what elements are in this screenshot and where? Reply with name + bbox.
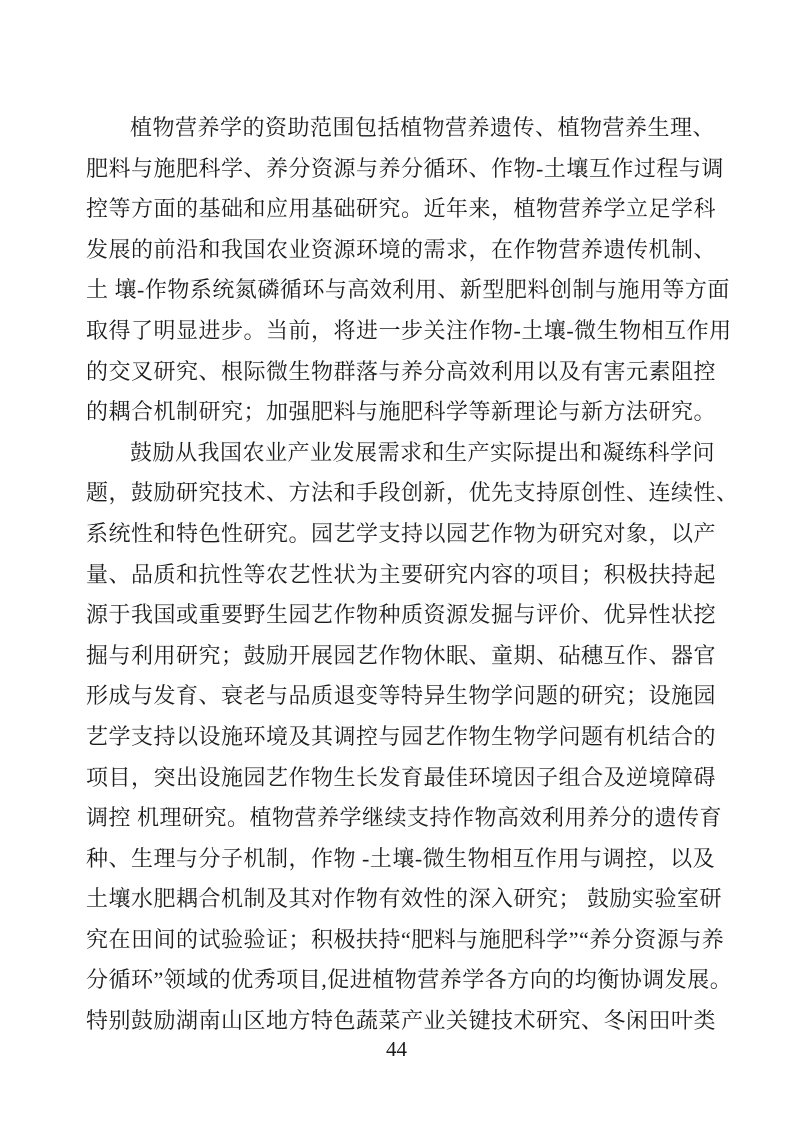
text-line: 植物营养学的资助范围包括植物营养遗传、植物营养生理、 [86, 108, 710, 149]
text-line: 形成与发育、衰老与品质退变等特异生物学问题的研究；设施园 [86, 676, 710, 717]
text-line: 的耦合机制研究；加强肥料与施肥科学等新理论与新方法研究。 [86, 392, 710, 433]
text-line: 鼓励从我国农业产业发展需求和生产实际提出和凝练科学问 [86, 433, 710, 474]
text-line: 项目，突出设施园艺作物生长发育最佳环境因子组合及逆境障碍 [86, 758, 710, 799]
text-line: 分循环”领域的优秀项目,促进植物营养学各方向的均衡协调发展。 [86, 960, 710, 1001]
text-line: 艺学支持以设施环境及其调控与园艺作物生物学问题有机结合的 [86, 717, 710, 758]
paragraph-encouraged-research: 鼓励从我国农业产业发展需求和生产实际提出和凝练科学问 题，鼓励研究技术、方法和手… [86, 433, 710, 1042]
text-line: 系统性和特色性研究。园艺学支持以园艺作物为研究对象，以产 [86, 514, 710, 555]
page-number: 44 [0, 1036, 793, 1062]
text-line: 控等方面的基础和应用基础研究。近年来，植物营养学立足学科 [86, 189, 710, 230]
text-line: 种、生理与分子机制，作物 -土壤-微生物相互作用与调控，以及 [86, 839, 710, 880]
text-line: 究在田间的试验验证；积极扶持“肥料与施肥科学”“养分资源与养 [86, 920, 710, 961]
text-line: 调控 机理研究。植物营养学继续支持作物高效利用养分的遗传育 [86, 798, 710, 839]
document-page: 植物营养学的资助范围包括植物营养遗传、植物营养生理、 肥料与施肥科学、养分资源与… [0, 0, 793, 1122]
text-line: 题，鼓励研究技术、方法和手段创新，优先支持原创性、连续性、 [86, 473, 710, 514]
text-line: 量、品质和抗性等农艺性状为主要研究内容的项目；积极扶持起 [86, 555, 710, 596]
paragraph-funding-scope: 植物营养学的资助范围包括植物营养遗传、植物营养生理、 肥料与施肥科学、养分资源与… [86, 108, 710, 433]
text-line: 发展的前沿和我国农业资源环境的需求，在作物营养遗传机制、 [86, 230, 710, 271]
text-line: 取得了明显进步。当前，将进一步关注作物-土壤-微生物相互作用 [86, 311, 710, 352]
body-text: 植物营养学的资助范围包括植物营养遗传、植物营养生理、 肥料与施肥科学、养分资源与… [86, 108, 710, 1042]
text-line: 土 壤-作物系统氮磷循环与高效利用、新型肥料创制与施用等方面 [86, 270, 710, 311]
text-line: 掘与利用研究；鼓励开展园艺作物休眠、童期、砧穗互作、器官 [86, 636, 710, 677]
text-line: 土壤水肥耦合机制及其对作物有效性的深入研究； 鼓励实验室研 [86, 879, 710, 920]
text-line: 源于我国或重要野生园艺作物种质资源发掘与评价、优异性状挖 [86, 595, 710, 636]
text-line: 的交叉研究、根际微生物群落与养分高效利用以及有害元素阻控 [86, 352, 710, 393]
text-line: 肥料与施肥科学、养分资源与养分循环、作物-土壤互作过程与调 [86, 149, 710, 190]
